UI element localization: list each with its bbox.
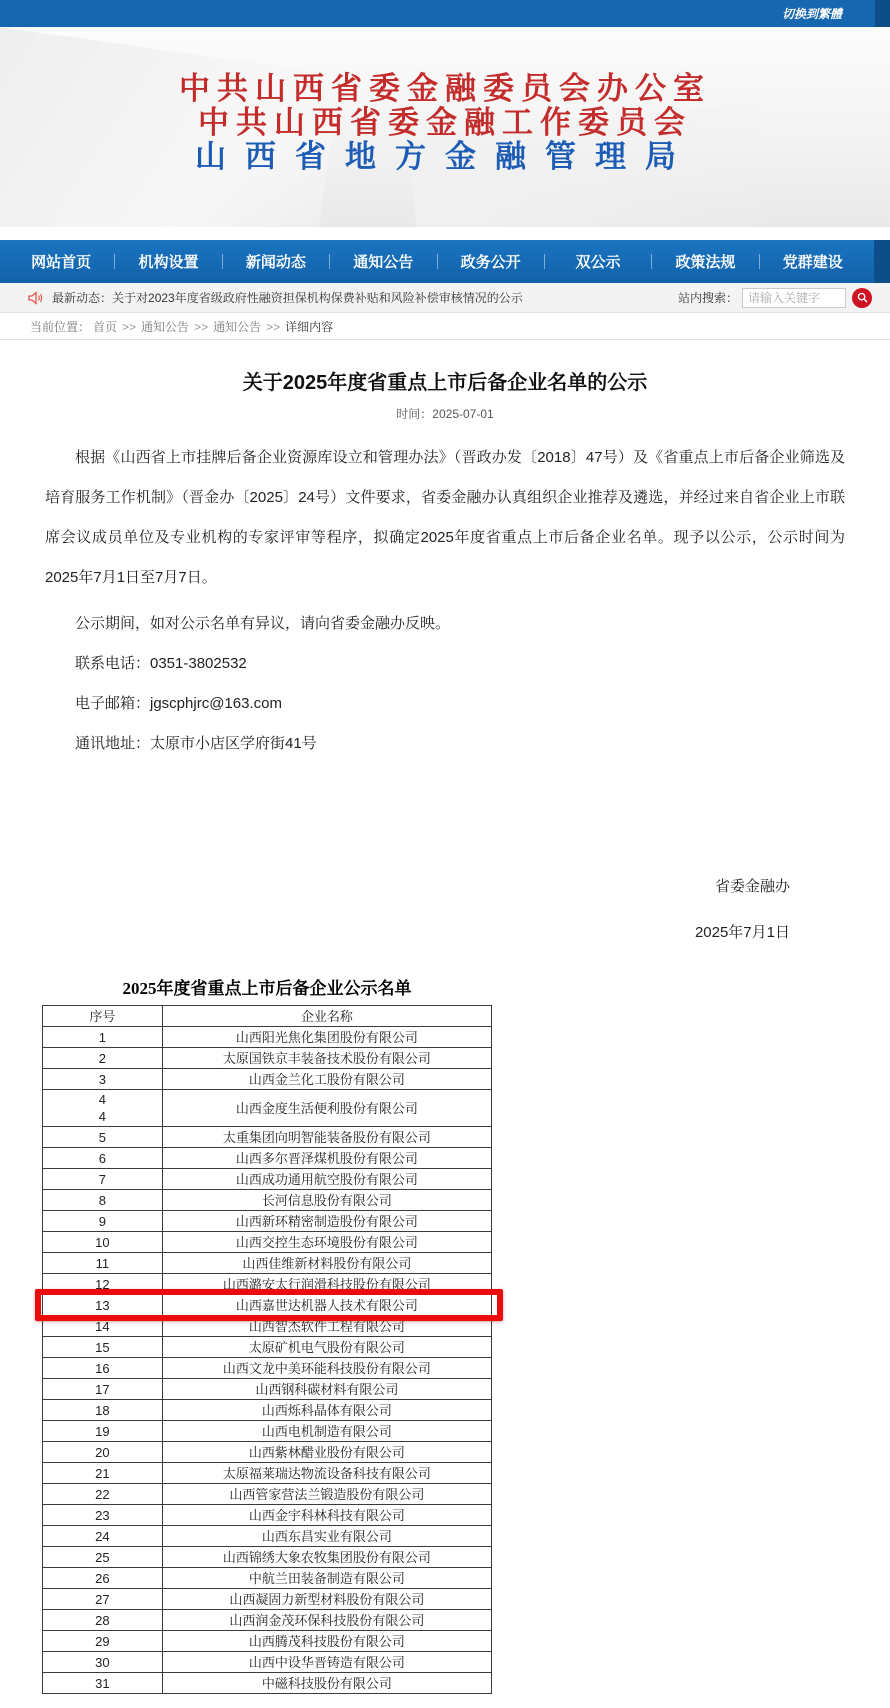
cell-number: 4 4 [43, 1090, 163, 1127]
breadcrumb-label: 当前位置： [30, 318, 90, 335]
article-paragraph: 根据《山西省上市挂牌后备企业资源库设立和管理办法》（晋政办发〔2018〕47号）… [45, 438, 845, 598]
main-nav: 网站首页机构设置新闻动态通知公告政务公开双公示政策法规党群建设 [0, 240, 890, 283]
table-row: 2太原国铁京丰装备技术股份有限公司 [43, 1048, 492, 1069]
breadcrumb-link[interactable]: 首页 [93, 320, 117, 334]
cell-company-name: 山西嘉世达机器人技术有限公司 [163, 1295, 492, 1316]
column-header: 序号 [43, 1006, 163, 1027]
cell-number: 8 [43, 1190, 163, 1211]
table-row-highlighted: 13山西嘉世达机器人技术有限公司 [43, 1295, 492, 1316]
table-row: 23山西金宇科林科技有限公司 [43, 1505, 492, 1526]
cell-number: 20 [43, 1442, 163, 1463]
nav-items: 网站首页机构设置新闻动态通知公告政务公开双公示政策法规党群建设 [0, 240, 874, 283]
table-row: 14山西智杰软件工程有限公司 [43, 1316, 492, 1337]
cell-company-name: 山西钢科碳材料有限公司 [163, 1379, 492, 1400]
org-name-line2: 中共山西省委金融工作委员会 [0, 106, 890, 140]
table-row: 27山西凝固力新型材料股份有限公司 [43, 1589, 492, 1610]
site-search: 站内搜索： [678, 288, 872, 308]
cell-number: 6 [43, 1148, 163, 1169]
table-row: 12山西潞安太行润滑科技股份有限公司 [43, 1274, 492, 1295]
article-paragraph-email: 电子邮箱：jgscphjrc@163.com [45, 684, 845, 724]
cell-number: 1 [43, 1027, 163, 1048]
table-row: 26中航兰田装备制造有限公司 [43, 1568, 492, 1589]
cell-number: 17 [43, 1379, 163, 1400]
cell-company-name: 山西管家营法兰锻造股份有限公司 [163, 1484, 492, 1505]
signature-date: 2025年7月1日 [0, 910, 790, 956]
company-table: 序号企业名称1山西阳光焦化集团股份有限公司2太原国铁京丰装备技术股份有限公司3山… [42, 1005, 492, 1694]
table-row: 16山西文龙中美环能科技股份有限公司 [43, 1358, 492, 1379]
cell-company-name: 山西金兰化工股份有限公司 [163, 1069, 492, 1090]
topbar-corner-decoration [875, 0, 890, 27]
article: 关于2025年度省重点上市后备企业名单的公示 时间：2025-07-01 根据《… [0, 366, 890, 1708]
cell-number: 5 [43, 1127, 163, 1148]
cell-number: 12 [43, 1274, 163, 1295]
cell-number: 23 [43, 1505, 163, 1526]
breadcrumb-separator: >> [266, 320, 280, 334]
breadcrumb-current: 详细内容 [285, 320, 333, 334]
site-search-label: 站内搜索： [678, 289, 738, 306]
cell-number: 25 [43, 1547, 163, 1568]
cell-company-name: 中磁科技股份有限公司 [163, 1673, 492, 1694]
cell-number: 7 [43, 1169, 163, 1190]
cell-company-name: 山西多尔晋泽煤机股份有限公司 [163, 1148, 492, 1169]
page-title: 关于2025年度省重点上市后备企业名单的公示 [40, 366, 850, 395]
nav-item-1[interactable]: 网站首页 [8, 251, 114, 272]
nav-item-4[interactable]: 通知公告 [330, 251, 436, 272]
nav-item-8[interactable]: 党群建设 [760, 251, 866, 272]
table-row: 22山西管家营法兰锻造股份有限公司 [43, 1484, 492, 1505]
column-header: 企业名称 [163, 1006, 492, 1027]
masthead-banner: 中共山西省委金融委员会办公室 中共山西省委金融工作委员会 山西省地方金融管理局 [0, 27, 890, 227]
cell-company-name: 山西金度生活便利股份有限公司 [163, 1090, 492, 1127]
table-row: 10山西交控生态环境股份有限公司 [43, 1232, 492, 1253]
article-paragraph-phone: 联系电话：0351-3802532 [45, 644, 845, 684]
cell-number: 10 [43, 1232, 163, 1253]
nav-item-6[interactable]: 双公示 [545, 251, 651, 272]
cell-company-name: 山西阳光焦化集团股份有限公司 [163, 1027, 492, 1048]
table-row: 11山西佳维新材料股份有限公司 [43, 1253, 492, 1274]
table-row: 20山西紫林醋业股份有限公司 [43, 1442, 492, 1463]
cell-company-name: 太原国铁京丰装备技术股份有限公司 [163, 1048, 492, 1069]
cell-number: 26 [43, 1568, 163, 1589]
table-row: 30山西中设华晋铸造有限公司 [43, 1652, 492, 1673]
cell-company-name: 长河信息股份有限公司 [163, 1190, 492, 1211]
search-icon [857, 292, 868, 303]
cell-number: 18 [43, 1400, 163, 1421]
news-ticker-bar: 最新动态：关于对2023年度省级政府性融资担保机构保费补贴和风险补偿审核情况的公… [0, 283, 890, 313]
cell-company-name: 山西成功通用航空股份有限公司 [163, 1169, 492, 1190]
cell-number: 28 [43, 1610, 163, 1631]
nav-item-7[interactable]: 政策法规 [652, 251, 758, 272]
search-input[interactable] [742, 288, 846, 308]
nav-item-3[interactable]: 新闻动态 [223, 251, 329, 272]
nav-corner-decoration [874, 240, 890, 283]
breadcrumb-items: 首页>>通知公告>>通知公告>>详细内容 [90, 318, 336, 335]
cell-company-name: 山西中设华晋铸造有限公司 [163, 1652, 492, 1673]
breadcrumb-separator: >> [194, 320, 208, 334]
cell-company-name: 山西烁科晶体有限公司 [163, 1400, 492, 1421]
cell-company-name: 山西文龙中美环能科技股份有限公司 [163, 1358, 492, 1379]
cell-number: 16 [43, 1358, 163, 1379]
table-row: 19山西电机制造有限公司 [43, 1421, 492, 1442]
ticker-label: 最新动态： [52, 291, 112, 305]
cell-number: 27 [43, 1589, 163, 1610]
table-title: 2025年度省重点上市后备企业公示名单 [42, 974, 492, 999]
cell-number: 13 [43, 1295, 163, 1316]
breadcrumb-link[interactable]: 通知公告 [141, 320, 189, 334]
cell-number: 22 [43, 1484, 163, 1505]
lang-switch-link[interactable]: 切换到繁體 [782, 5, 842, 22]
cell-company-name: 山西锦绣大象农牧集团股份有限公司 [163, 1547, 492, 1568]
cell-number: 29 [43, 1631, 163, 1652]
cell-company-name: 太重集团向明智能装备股份有限公司 [163, 1127, 492, 1148]
cell-company-name: 山西金宇科林科技有限公司 [163, 1505, 492, 1526]
org-name-line3: 山西省地方金融管理局 [0, 140, 890, 174]
cell-number: 30 [43, 1652, 163, 1673]
cell-company-name: 山西电机制造有限公司 [163, 1421, 492, 1442]
table-row: 8长河信息股份有限公司 [43, 1190, 492, 1211]
table-row: 31中磁科技股份有限公司 [43, 1673, 492, 1694]
ticker-text: 关于对2023年度省级政府性融资担保机构保费补贴和风险补偿审核情况的公示 [112, 291, 523, 305]
cell-company-name: 山西佳维新材料股份有限公司 [163, 1253, 492, 1274]
cell-number: 11 [43, 1253, 163, 1274]
table-row: 4 4山西金度生活便利股份有限公司 [43, 1090, 492, 1127]
table-row: 18山西烁科晶体有限公司 [43, 1400, 492, 1421]
cell-number: 3 [43, 1069, 163, 1090]
table-row: 5太重集团向明智能装备股份有限公司 [43, 1127, 492, 1148]
cell-company-name: 太原福莱瑞达物流设备科技有限公司 [163, 1463, 492, 1484]
latest-news-link[interactable]: 最新动态：关于对2023年度省级政府性融资担保机构保费补贴和风险补偿审核情况的公… [52, 289, 523, 306]
cell-company-name: 中航兰田装备制造有限公司 [163, 1568, 492, 1589]
cell-company-name: 山西腾茂科技股份有限公司 [163, 1631, 492, 1652]
cell-company-name: 山西交控生态环境股份有限公司 [163, 1232, 492, 1253]
signature: 省委金融办 [0, 864, 790, 910]
speaker-icon [28, 291, 44, 305]
cell-company-name: 山西润金茂环保科技股份有限公司 [163, 1610, 492, 1631]
cell-number: 24 [43, 1526, 163, 1547]
breadcrumb-separator: >> [122, 320, 136, 334]
cell-company-name: 太原矿机电气股份有限公司 [163, 1337, 492, 1358]
breadcrumb-link[interactable]: 通知公告 [213, 320, 261, 334]
table-row: 28山西润金茂环保科技股份有限公司 [43, 1610, 492, 1631]
table-row: 15太原矿机电气股份有限公司 [43, 1337, 492, 1358]
table-row: 25山西锦绣大象农牧集团股份有限公司 [43, 1547, 492, 1568]
cell-number: 9 [43, 1211, 163, 1232]
signature-block: 省委金融办 2025年7月1日 [0, 864, 890, 956]
table-row: 1山西阳光焦化集团股份有限公司 [43, 1027, 492, 1048]
cell-number: 31 [43, 1673, 163, 1694]
cell-company-name: 山西东昌实业有限公司 [163, 1526, 492, 1547]
cell-company-name: 山西紫林醋业股份有限公司 [163, 1442, 492, 1463]
topbar: 切换到繁體 [0, 0, 890, 27]
breadcrumb: 当前位置： 首页>>通知公告>>通知公告>>详细内容 [0, 313, 890, 340]
article-meta: 时间：2025-07-01 [0, 405, 890, 422]
nav-item-2[interactable]: 机构设置 [115, 251, 221, 272]
cell-company-name: 山西潞安太行润滑科技股份有限公司 [163, 1274, 492, 1295]
table-row: 7山西成功通用航空股份有限公司 [43, 1169, 492, 1190]
page: 切换到繁體 中共山西省委金融委员会办公室 中共山西省委金融工作委员会 山西省地方… [0, 0, 890, 1708]
table-header-row: 序号企业名称 [43, 1006, 492, 1027]
table-row: 21太原福莱瑞达物流设备科技有限公司 [43, 1463, 492, 1484]
cell-number: 14 [43, 1316, 163, 1337]
nav-item-5[interactable]: 政务公开 [438, 251, 544, 272]
cell-number: 2 [43, 1048, 163, 1069]
table-row: 6山西多尔晋泽煤机股份有限公司 [43, 1148, 492, 1169]
cell-number: 15 [43, 1337, 163, 1358]
table-row: 17山西钢科碳材料有限公司 [43, 1379, 492, 1400]
table-row: 29山西腾茂科技股份有限公司 [43, 1631, 492, 1652]
article-body: 根据《山西省上市挂牌后备企业资源库设立和管理办法》（晋政办发〔2018〕47号）… [0, 438, 890, 764]
search-button[interactable] [852, 288, 872, 308]
cell-number: 19 [43, 1421, 163, 1442]
cell-company-name: 山西新环精密制造股份有限公司 [163, 1211, 492, 1232]
article-paragraph-address: 通讯地址：太原市小店区学府街41号 [45, 724, 845, 764]
article-paragraph: 公示期间，如对公示名单有异议，请向省委金融办反映。 [45, 604, 845, 644]
cell-company-name: 山西凝固力新型材料股份有限公司 [163, 1589, 492, 1610]
table-row: 9山西新环精密制造股份有限公司 [43, 1211, 492, 1232]
org-name-line1: 中共山西省委金融委员会办公室 [0, 72, 890, 106]
table-row: 24山西东昌实业有限公司 [43, 1526, 492, 1547]
table-row: 3山西金兰化工股份有限公司 [43, 1069, 492, 1090]
cell-company-name: 山西智杰软件工程有限公司 [163, 1316, 492, 1337]
cell-number: 21 [43, 1463, 163, 1484]
